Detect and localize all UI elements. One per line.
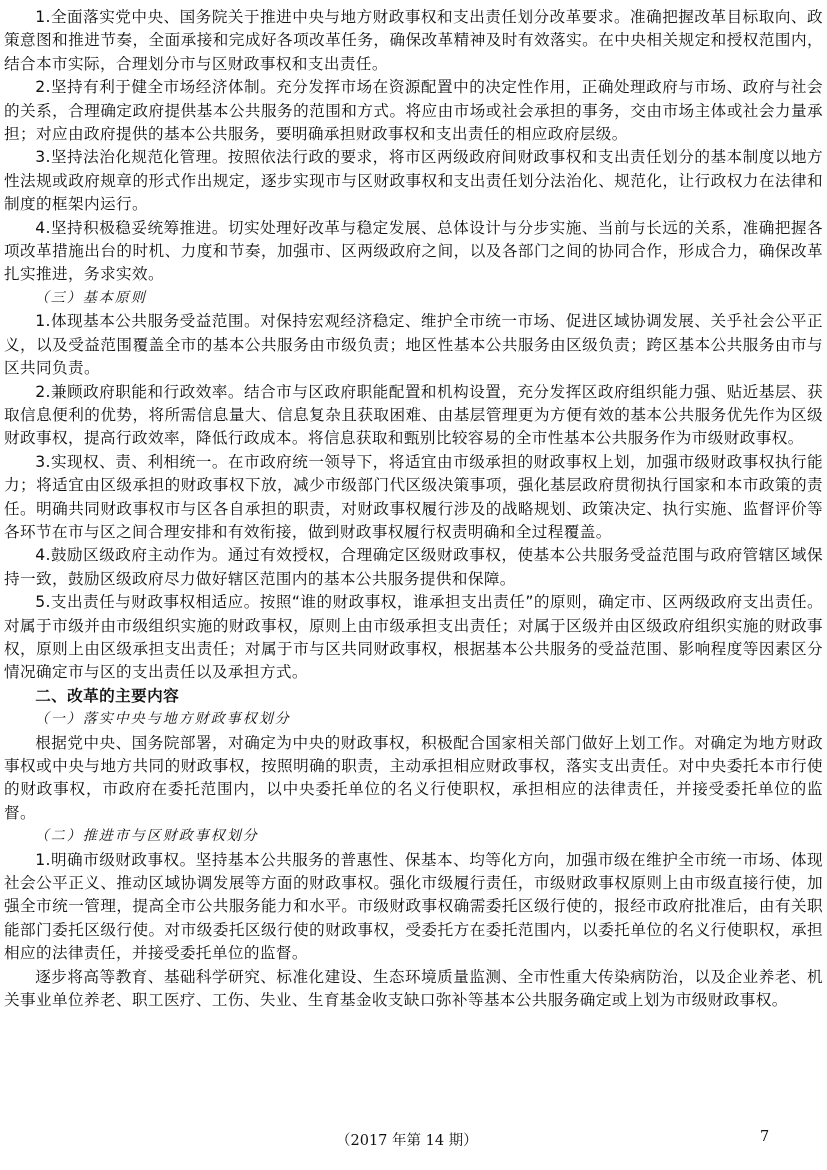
paragraph-central-local: 根据党中央、国务院部署，对确定为中央的财政事权，积极配合国家相关部门做好上划工作…	[4, 732, 823, 826]
paragraph-basic-principle-4: 4.鼓励区级政府主动作为。通过有效授权，合理确定区级财政事权，使基本公共服务受益…	[4, 544, 823, 591]
page-footer: （2017 年第 14 期） 7	[0, 1129, 827, 1151]
paragraph-principle-4: 4.坚持积极稳妥统筹推进。切实处理好改革与稳定发展、总体设计与分步实施、当前与长…	[4, 217, 823, 287]
paragraph-city-fiscal-powers: 1.明确市级财政事权。坚持基本公共服务的普惠性、保基本、均等化方向，加强市级在维…	[4, 849, 823, 966]
document-body: 1.全面落实党中央、国务院关于推进中央与地方财政事权和支出责任划分改革要求。准确…	[4, 6, 823, 1012]
paragraph-principle-3: 3.坚持法治化规范化管理。按照依法行政的要求，将市区两级政府间财政事权和支出责任…	[4, 146, 823, 216]
subheading-basic-principles: （三）基本原则	[4, 287, 823, 310]
paragraph-principle-2: 2.坚持有利于健全市场经济体制。充分发挥市场在资源配置中的决定性作用，正确处理政…	[4, 76, 823, 146]
section-heading-main-content: 二、改革的主要内容	[4, 685, 823, 708]
paragraph-basic-principle-5: 5.支出责任与财政事权相适应。按照“谁的财政事权，谁承担支出责任”的原则，确定市…	[4, 591, 823, 685]
paragraph-basic-principle-2: 2.兼顾政府职能和行政效率。结合市与区政府职能配置和机构设置，充分发挥区政府组织…	[4, 381, 823, 451]
issue-label: （2017 年第 14 期）	[336, 1129, 478, 1150]
paragraph-basic-principle-3: 3.实现权、责、利相统一。在市政府统一领导下，将适宜由市级承担的财政事权上划，加…	[4, 451, 823, 545]
paragraph-gradual-upgrade: 逐步将高等教育、基础科学研究、标准化建设、生态环境质量监测、全市性重大传染病防治…	[4, 966, 823, 1013]
page-number: 7	[760, 1129, 769, 1145]
paragraph-basic-principle-1: 1.体现基本公共服务受益范围。对保持宏观经济稳定、维护全市统一市场、促进区域协调…	[4, 310, 823, 380]
subheading-central-local: （一）落实中央与地方财政事权划分	[4, 708, 823, 731]
paragraph-principle-1: 1.全面落实党中央、国务院关于推进中央与地方财政事权和支出责任划分改革要求。准确…	[4, 6, 823, 76]
subheading-city-district: （二）推进市与区财政事权划分	[4, 825, 823, 848]
